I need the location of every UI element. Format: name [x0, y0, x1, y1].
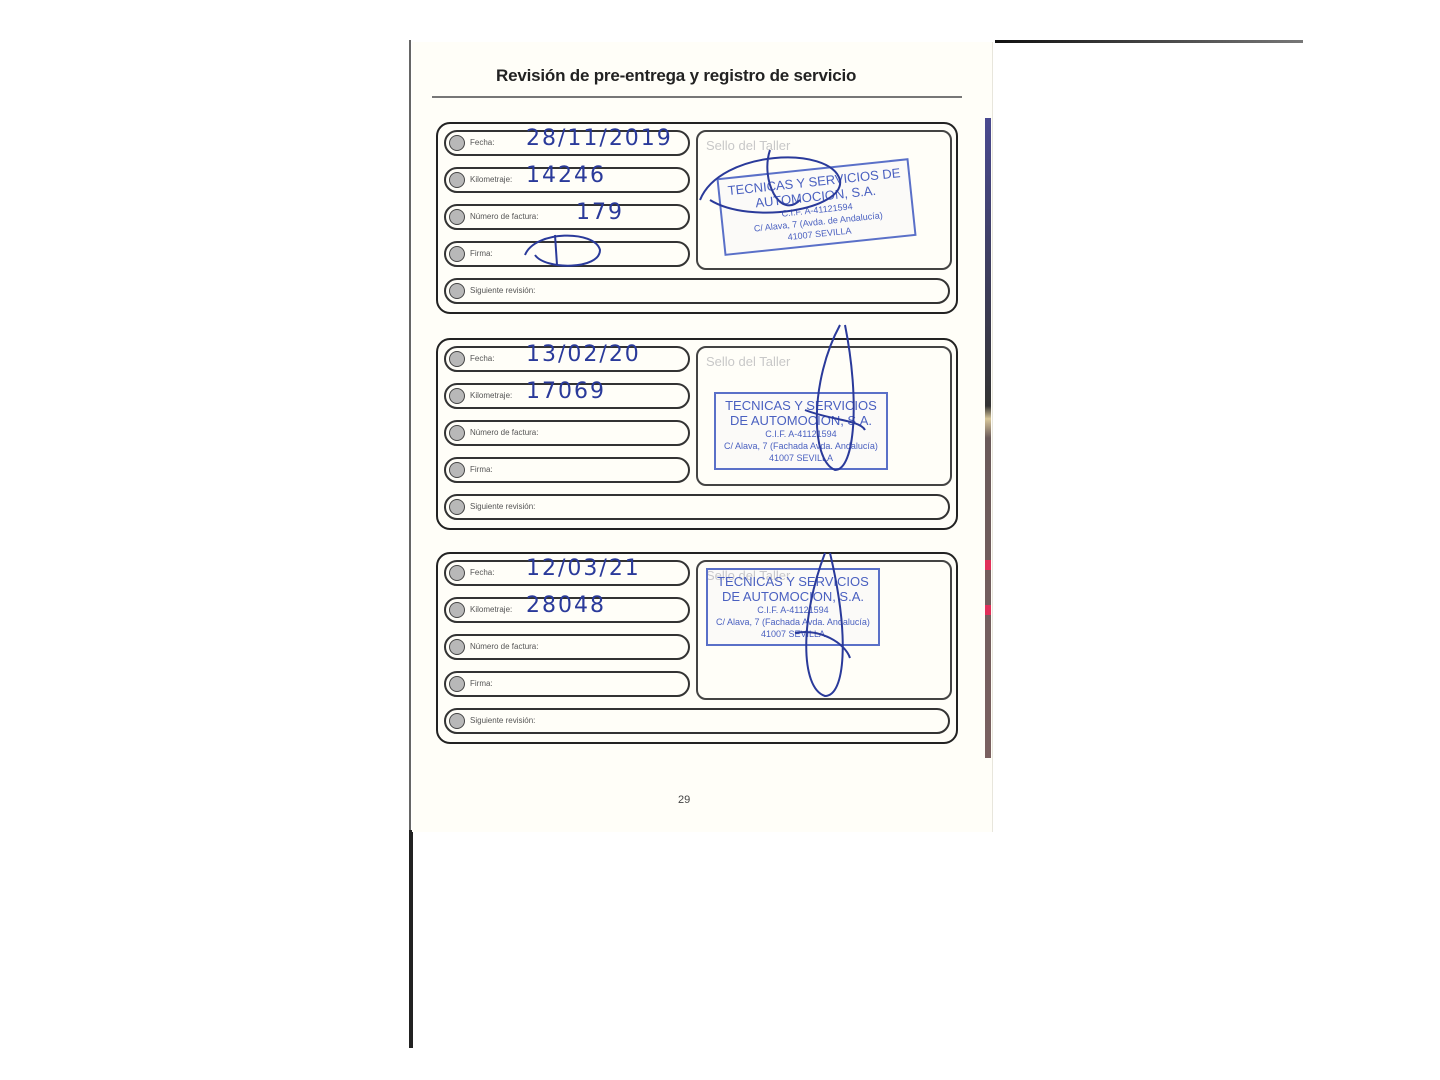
service-record-block: Fecha: 13/02/20 Kilometraje: 17069 Númer…: [436, 338, 958, 530]
handwritten-kilometraje: 17069: [526, 379, 606, 404]
workshop-stamp: TECNICAS Y SERVICIOS DE AUTOMOCION, S.A.…: [714, 392, 888, 470]
field-label: Fecha:: [470, 138, 494, 147]
scan-edge-left: [409, 40, 411, 830]
field-fecha[interactable]: Fecha: 12/03/21: [444, 560, 690, 586]
field-label: Siguiente revisión:: [470, 716, 535, 725]
field-label: Siguiente revisión:: [470, 286, 535, 295]
workshop-stamp: TECNICAS Y SERVICIOS DE AUTOMOCION, S.A.…: [706, 568, 880, 646]
stamp-line: C/ Alava, 7 (Fachada Avda. Andalucía): [716, 616, 870, 628]
field-label: Siguiente revisión:: [470, 502, 535, 511]
bullet-icon: [449, 283, 465, 299]
bullet-icon: [449, 351, 465, 367]
field-label: Firma:: [470, 465, 493, 474]
handwritten-fecha: 13/02/20: [526, 342, 641, 367]
stamp-area-label: Sello del Taller: [706, 138, 790, 153]
field-firma[interactable]: Firma:: [444, 241, 690, 267]
booklet-spine: [985, 118, 991, 758]
stamp-line: TECNICAS Y SERVICIOS: [716, 574, 870, 589]
spine-mark: [985, 560, 991, 570]
stamp-line: 41007 SEVILLA: [716, 628, 870, 640]
field-factura[interactable]: Número de factura:: [444, 634, 690, 660]
bullet-icon: [449, 602, 465, 618]
service-record-block: Fecha: 12/03/21 Kilometraje: 28048 Númer…: [436, 552, 958, 744]
field-firma[interactable]: Firma:: [444, 457, 690, 483]
title-divider: [432, 96, 962, 98]
bullet-icon: [449, 499, 465, 515]
stamp-line: C.I.F. A-41121594: [724, 428, 878, 440]
bullet-icon: [449, 135, 465, 151]
field-label: Firma:: [470, 249, 493, 258]
field-label: Número de factura:: [470, 642, 538, 651]
handwritten-fecha: 12/03/21: [526, 556, 641, 581]
bullet-icon: [449, 639, 465, 655]
handwritten-kilometraje: 14246: [526, 163, 606, 188]
field-factura[interactable]: Número de factura:: [444, 420, 690, 446]
field-fecha[interactable]: Fecha: 28/11/2019: [444, 130, 690, 156]
bullet-icon: [449, 209, 465, 225]
workshop-stamp-area: Sello del Taller TECNICAS Y SERVICIOS DE…: [696, 130, 952, 270]
stamp-area-label: Sello del Taller: [706, 354, 790, 369]
workshop-stamp: TECNICAS Y SERVICIOS DE AUTOMOCION, S.A.…: [716, 158, 916, 256]
scan-edge-left-lower: [409, 830, 413, 1048]
workshop-stamp-area: Sello del Taller TECNICAS Y SERVICIOS DE…: [696, 560, 952, 700]
field-kilometraje[interactable]: Kilometraje: 14246: [444, 167, 690, 193]
bullet-icon: [449, 676, 465, 692]
stamp-line: 41007 SEVILLA: [724, 452, 878, 464]
stamp-line: C.I.F. A-41121594: [716, 604, 870, 616]
field-label: Número de factura:: [470, 428, 538, 437]
workshop-stamp-area: Sello del Taller TECNICAS Y SERVICIOS DE…: [696, 346, 952, 486]
field-siguiente-revision[interactable]: Siguiente revisión:: [444, 278, 950, 304]
handwritten-factura: 179: [576, 200, 624, 225]
field-fecha[interactable]: Fecha: 13/02/20: [444, 346, 690, 372]
handwritten-fecha: 28/11/2019: [526, 126, 673, 151]
stamp-line: DE AUTOMOCION, S.A.: [716, 589, 870, 604]
field-kilometraje[interactable]: Kilometraje: 28048: [444, 597, 690, 623]
field-factura[interactable]: Número de factura: 179: [444, 204, 690, 230]
bullet-icon: [449, 172, 465, 188]
handwritten-kilometraje: 28048: [526, 593, 606, 618]
field-label: Kilometraje:: [470, 175, 512, 184]
bullet-icon: [449, 462, 465, 478]
field-siguiente-revision[interactable]: Siguiente revisión:: [444, 494, 950, 520]
field-label: Firma:: [470, 679, 493, 688]
field-kilometraje[interactable]: Kilometraje: 17069: [444, 383, 690, 409]
service-record-block: Fecha: 28/11/2019 Kilometraje: 14246 Núm…: [436, 122, 958, 314]
bullet-icon: [449, 425, 465, 441]
stamp-line: C/ Alava, 7 (Fachada Avda. Andalucía): [724, 440, 878, 452]
field-label: Kilometraje:: [470, 391, 512, 400]
stamp-line: TECNICAS Y SERVICIOS: [724, 398, 878, 413]
bullet-icon: [449, 388, 465, 404]
field-label: Fecha:: [470, 568, 494, 577]
field-firma[interactable]: Firma:: [444, 671, 690, 697]
spine-mark: [985, 605, 991, 615]
bullet-icon: [449, 246, 465, 262]
bullet-icon: [449, 565, 465, 581]
page-title: Revisión de pre-entrega y registro de se…: [496, 66, 856, 86]
field-label: Fecha:: [470, 354, 494, 363]
scan-edge-top: [995, 40, 1303, 43]
field-label: Número de factura:: [470, 212, 538, 221]
field-siguiente-revision[interactable]: Siguiente revisión:: [444, 708, 950, 734]
field-label: Kilometraje:: [470, 605, 512, 614]
page-number: 29: [678, 794, 690, 806]
stamp-line: DE AUTOMOCION, S.A.: [724, 413, 878, 428]
bullet-icon: [449, 713, 465, 729]
